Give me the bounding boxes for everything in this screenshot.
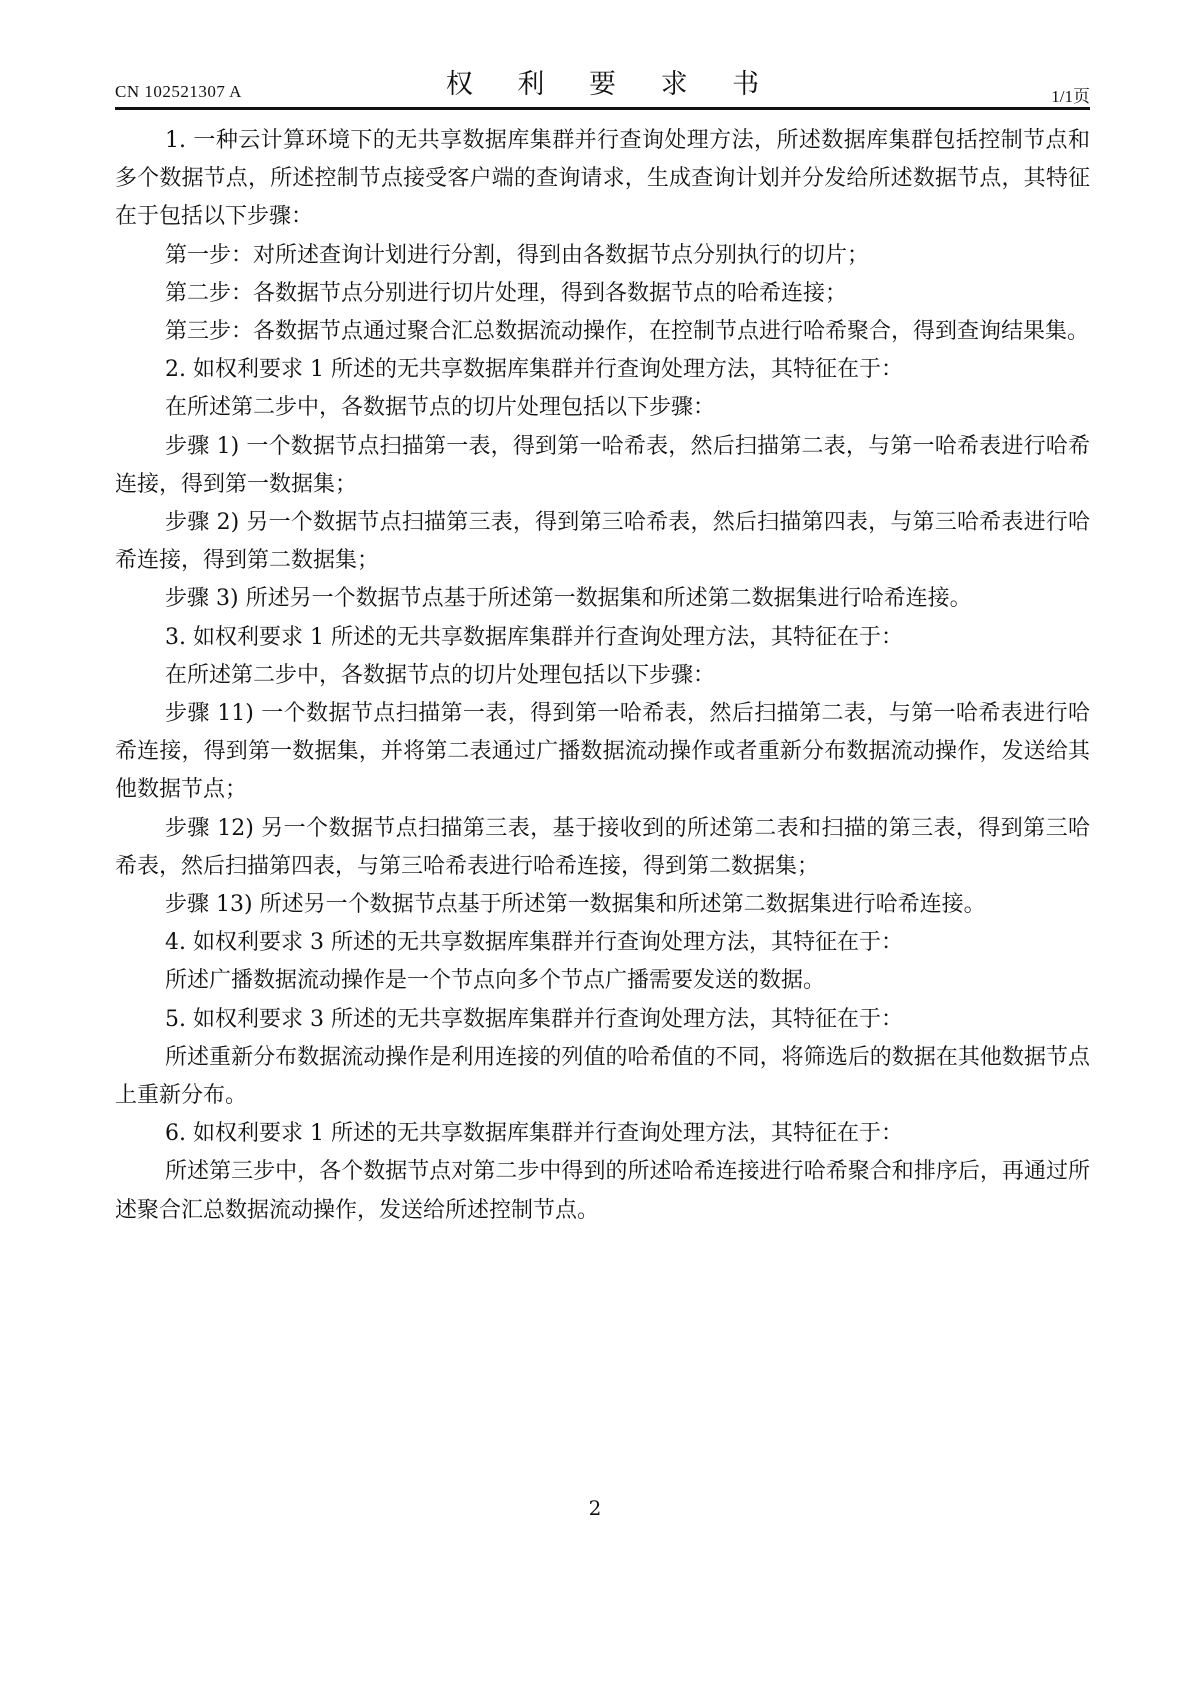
claim-paragraph: 3. 如权利要求 1 所述的无共享数据库集群并行查询处理方法，其特征在于： bbox=[115, 619, 1090, 657]
claim-paragraph: 第三步：各数据节点通过聚合汇总数据流动操作，在控制节点进行哈希聚合，得到查询结果… bbox=[115, 313, 1090, 351]
claim-paragraph: 5. 如权利要求 3 所述的无共享数据库集群并行查询处理方法，其特征在于： bbox=[115, 1001, 1090, 1039]
claim-paragraph: 步骤 2) 另一个数据节点扫描第三表，得到第三哈希表，然后扫描第四表，与第三哈希… bbox=[115, 504, 1090, 580]
claim-paragraph: 步骤 13) 所述另一个数据节点基于所述第一数据集和所述第二数据集进行哈希连接。 bbox=[115, 886, 1090, 924]
page-indicator: 1/1页 bbox=[1051, 82, 1090, 107]
claim-paragraph: 6. 如权利要求 1 所述的无共享数据库集群并行查询处理方法，其特征在于： bbox=[115, 1115, 1090, 1153]
claim-paragraph: 在所述第二步中，各数据节点的切片处理包括以下步骤： bbox=[115, 389, 1090, 427]
document-title: 权 利 要 求 书 bbox=[115, 62, 1090, 101]
claim-paragraph: 所述广播数据流动操作是一个节点向多个节点广播需要发送的数据。 bbox=[115, 962, 1090, 1000]
claim-paragraph: 步骤 3) 所述另一个数据节点基于所述第一数据集和所述第二数据集进行哈希连接。 bbox=[115, 580, 1090, 618]
page-number: 2 bbox=[0, 1496, 1190, 1520]
claim-paragraph: 所述第三步中，各个数据节点对第二步中得到的所述哈希连接进行哈希聚合和排序后，再通… bbox=[115, 1153, 1090, 1229]
claim-paragraph: 2. 如权利要求 1 所述的无共享数据库集群并行查询处理方法，其特征在于： bbox=[115, 351, 1090, 389]
header-rule bbox=[115, 107, 1090, 110]
claim-paragraph: 步骤 1) 一个数据节点扫描第一表，得到第一哈希表，然后扫描第二表，与第一哈希表… bbox=[115, 428, 1090, 504]
claim-paragraph: 所述重新分布数据流动操作是利用连接的列值的哈希值的不同，将筛选后的数据在其他数据… bbox=[115, 1039, 1090, 1115]
claims-body: 1. 一种云计算环境下的无共享数据库集群并行查询处理方法，所述数据库集群包括控制… bbox=[115, 122, 1090, 1230]
claim-paragraph: 在所述第二步中，各数据节点的切片处理包括以下步骤： bbox=[115, 657, 1090, 695]
claim-paragraph: 步骤 11) 一个数据节点扫描第一表，得到第一哈希表，然后扫描第二表，与第一哈希… bbox=[115, 695, 1090, 810]
page-header: CN 102521307 A 权 利 要 求 书 1/1页 bbox=[115, 62, 1090, 108]
claim-paragraph: 第一步：对所述查询计划进行分割，得到由各数据节点分别执行的切片； bbox=[115, 237, 1090, 275]
claim-paragraph: 步骤 12) 另一个数据节点扫描第三表，基于接收到的所述第二表和扫描的第三表，得… bbox=[115, 810, 1090, 886]
claim-paragraph: 第二步：各数据节点分别进行切片处理，得到各数据节点的哈希连接； bbox=[115, 275, 1090, 313]
claim-paragraph: 1. 一种云计算环境下的无共享数据库集群并行查询处理方法，所述数据库集群包括控制… bbox=[115, 122, 1090, 237]
claim-paragraph: 4. 如权利要求 3 所述的无共享数据库集群并行查询处理方法，其特征在于： bbox=[115, 924, 1090, 962]
